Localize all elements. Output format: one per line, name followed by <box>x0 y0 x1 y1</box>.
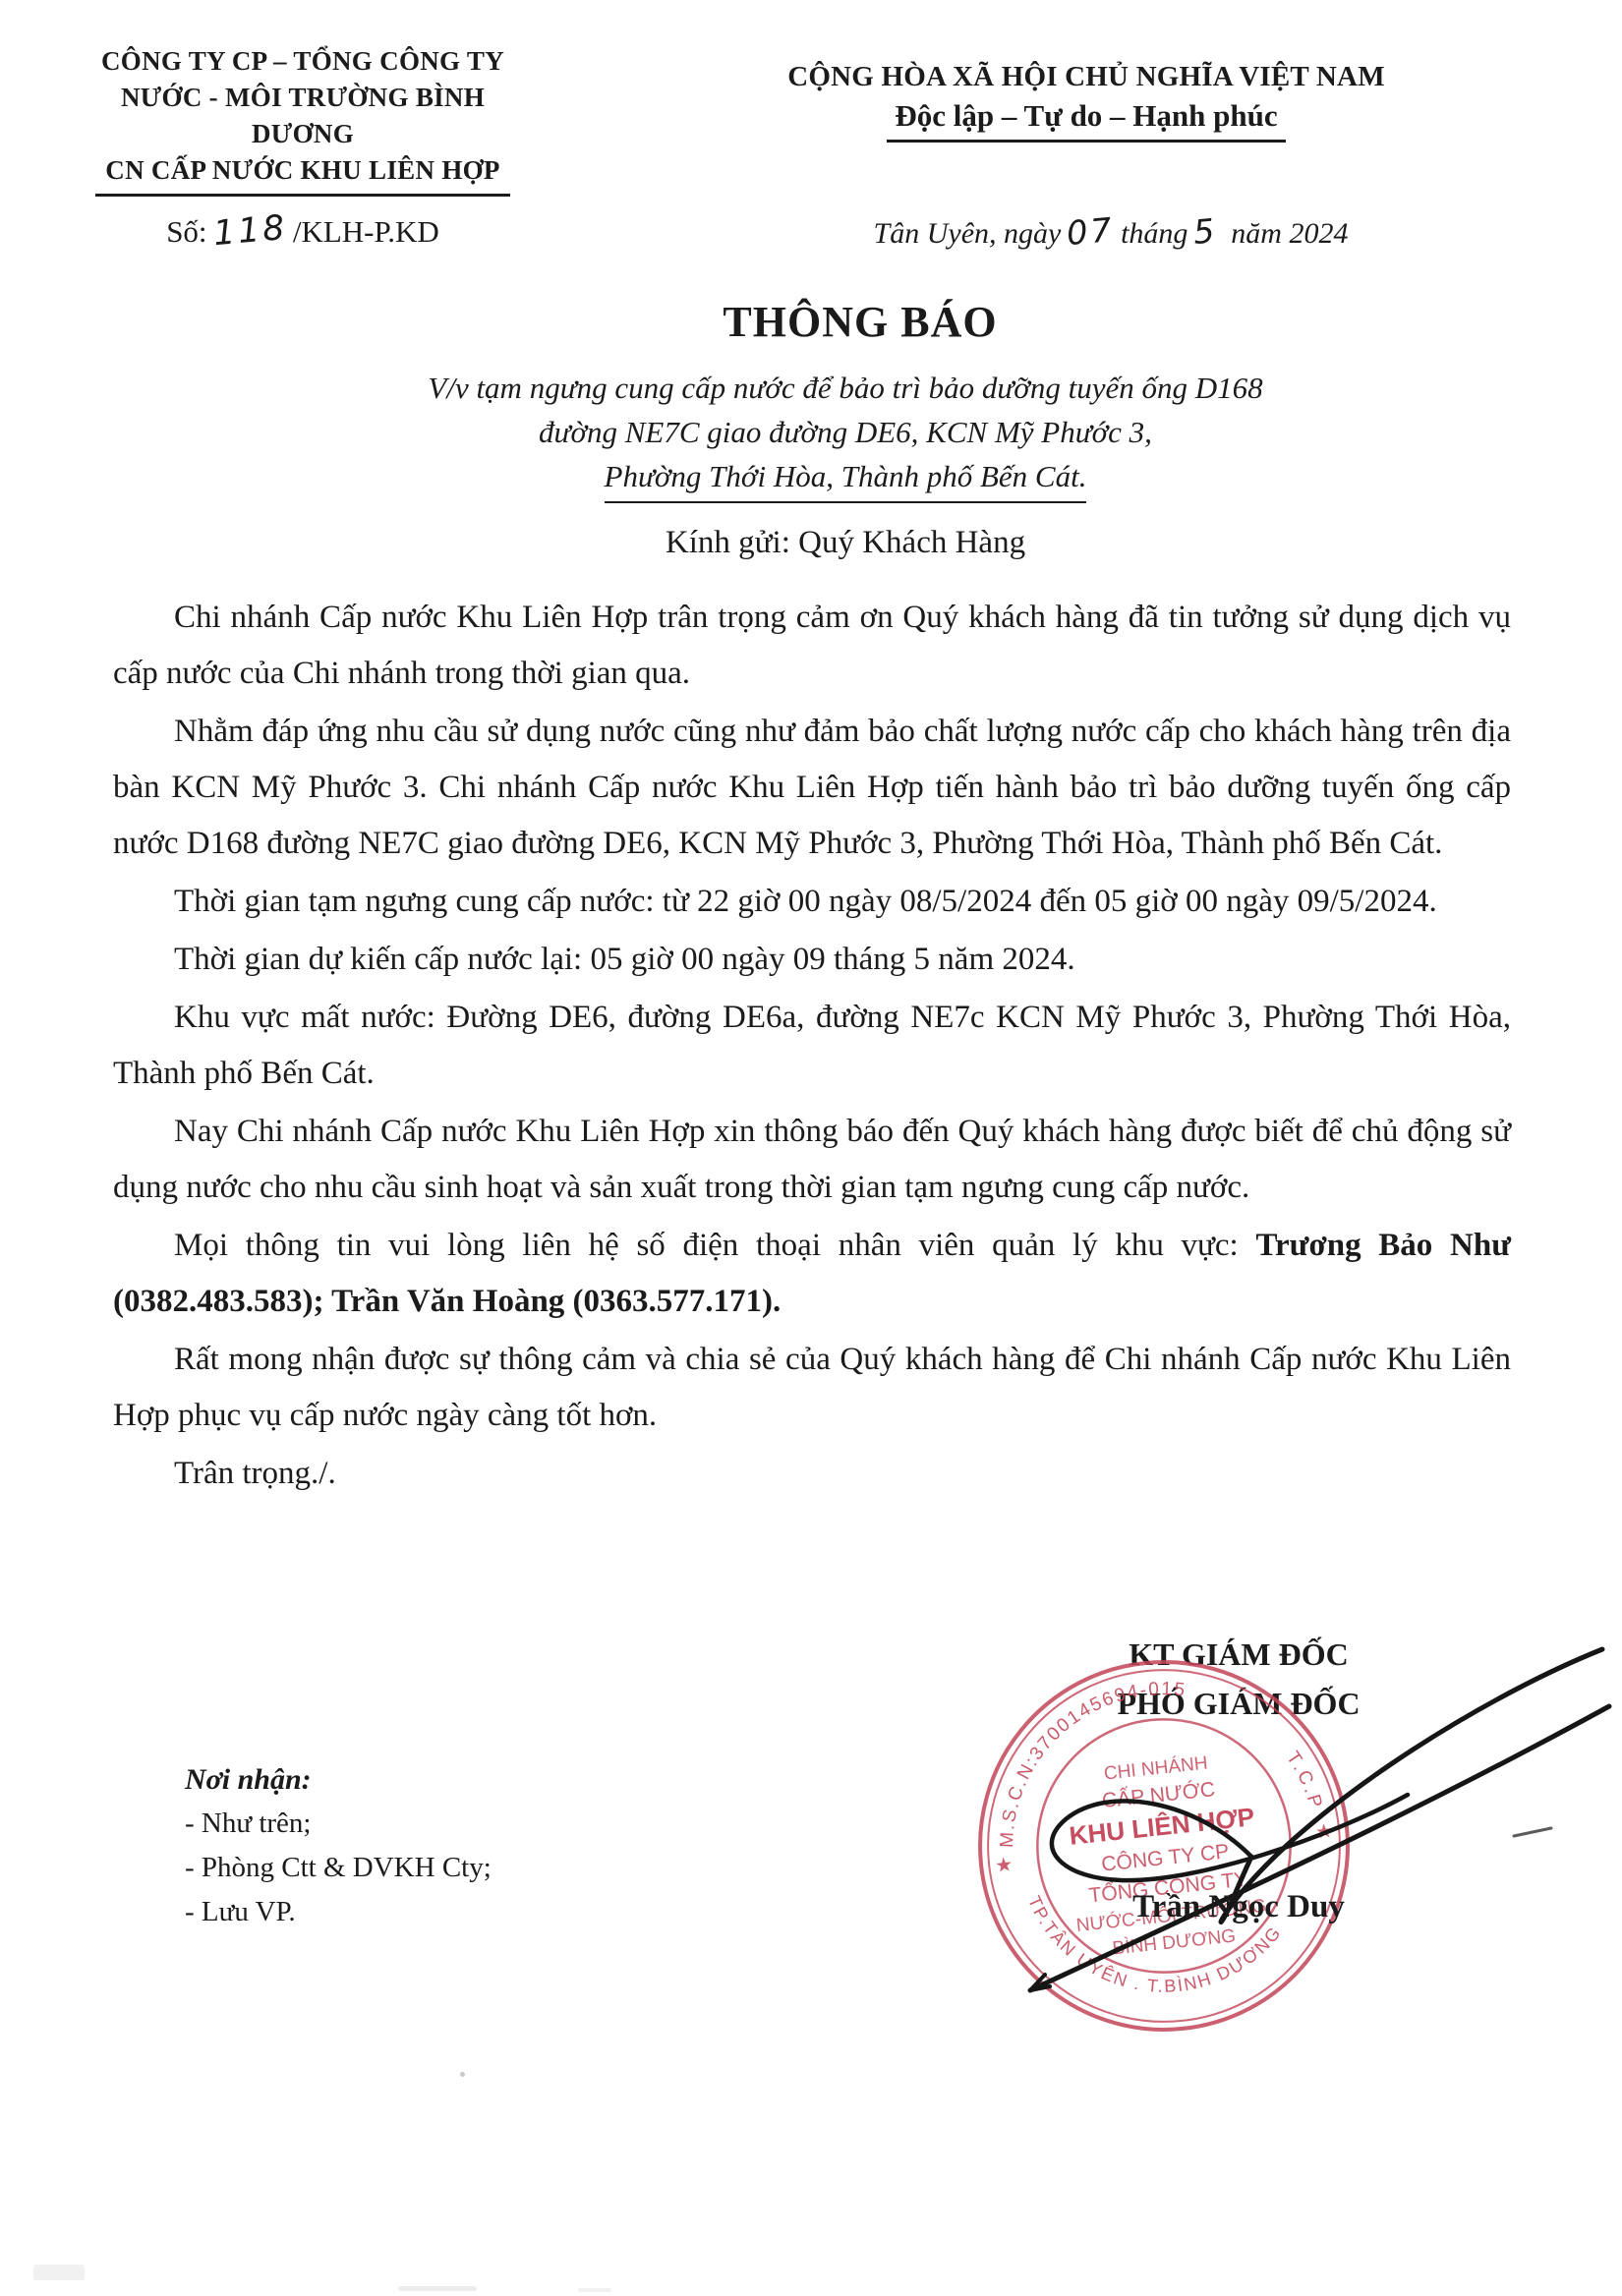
place-date-suffix: năm 2024 <box>1231 217 1348 250</box>
subject-block: V/v tạm ngưng cung cấp nước để bảo trì b… <box>157 366 1534 503</box>
document-number-suffix: /KLH-P.KD <box>293 214 439 249</box>
salutation: Kính gửi: Quý Khách Hàng <box>157 525 1534 561</box>
place-date-middle: tháng <box>1121 217 1188 250</box>
document-number: Số:118/KLH-P.KD <box>87 211 519 251</box>
issuer-line3: CN CẤP NƯỚC KHU LIÊN HỢP <box>87 152 519 197</box>
scan-smudge <box>33 2265 85 2280</box>
paragraph-gratitude: Rất mong nhận được sự thông cảm và chia … <box>113 1332 1511 1444</box>
recipients-block: Nơi nhận: - Như trên; - Phòng Ctt & DVKH… <box>185 1757 492 1934</box>
paragraph-advice: Nay Chi nhánh Cấp nước Khu Liên Hợp xin … <box>113 1104 1511 1216</box>
recipient-item: - Phòng Ctt & DVKH Cty; <box>185 1846 492 1890</box>
issuer-line1: CÔNG TY CP – TỔNG CÔNG TY <box>87 43 519 80</box>
paragraph-shutdown-time: Thời gian tạm ngưng cung cấp nước: từ 22… <box>113 874 1511 930</box>
contact-intro: Mọi thông tin vui lòng liên hệ số điện t… <box>174 1228 1239 1263</box>
scan-dot <box>460 2072 465 2077</box>
recipients-label: Nơi nhận: <box>185 1757 492 1802</box>
document-number-handwritten: 118 <box>211 208 288 254</box>
paragraph-contacts: Mọi thông tin vui lòng liên hệ số điện t… <box>113 1218 1511 1330</box>
signatory-name: Trần Ngọc Duy <box>1042 1889 1435 1925</box>
paragraph-affected-area: Khu vực mất nước: Đường DE6, đường DE6a,… <box>113 990 1511 1102</box>
national-motto-line2: Độc lập – Tự do – Hạnh phúc <box>777 96 1396 143</box>
issuer-line2: NƯỚC - MÔI TRƯỜNG BÌNH DƯƠNG <box>87 80 519 152</box>
notice-body: Chi nhánh Cấp nước Khu Liên Hợp trân trọ… <box>113 590 1511 1504</box>
recipient-item: - Như trên; <box>185 1802 492 1846</box>
date-day-handwritten: 07 <box>1066 210 1117 253</box>
issuer-header: CÔNG TY CP – TỔNG CÔNG TY NƯỚC - MÔI TRƯ… <box>87 43 519 197</box>
paragraph-resupply-time: Thời gian dự kiến cấp nước lại: 05 giờ 0… <box>113 932 1511 988</box>
subject-line1: V/v tạm ngưng cung cấp nước để bảo trì b… <box>157 366 1534 410</box>
scanned-notice-page: CÔNG TY CP – TỔNG CÔNG TY NƯỚC - MÔI TRƯ… <box>0 0 1622 2296</box>
place-date-line: Tân Uyên, ngày07tháng5 năm 2024 <box>826 212 1396 251</box>
scan-smudge <box>398 2286 477 2291</box>
paragraph-thanks-for-trust: Chi nhánh Cấp nước Khu Liên Hợp trân trọ… <box>113 590 1511 702</box>
notice-title: THÔNG BÁO <box>93 297 1622 347</box>
subject-line2: đường NE7C giao đường DE6, KCN Mỹ Phước … <box>157 410 1534 454</box>
signature <box>963 1602 1622 2064</box>
date-month-handwritten: 5 <box>1192 211 1220 252</box>
recipient-item: - Lưu VP. <box>185 1890 492 1934</box>
document-number-label: Số: <box>166 214 206 249</box>
scan-smudge <box>578 2288 611 2292</box>
national-motto-line1: CỘNG HÒA XÃ HỘI CHỦ NGHĨA VIỆT NAM <box>777 57 1396 96</box>
national-header: CỘNG HÒA XÃ HỘI CHỦ NGHĨA VIỆT NAM Độc l… <box>777 57 1396 143</box>
paragraph-maintenance-reason: Nhằm đáp ứng nhu cầu sử dụng nước cũng n… <box>113 704 1511 872</box>
closing-line: Trân trọng./. <box>113 1446 1511 1502</box>
subject-line3: Phường Thới Hòa, Thành phố Bến Cát. <box>157 454 1534 503</box>
place-date-prefix: Tân Uyên, ngày <box>874 217 1062 250</box>
